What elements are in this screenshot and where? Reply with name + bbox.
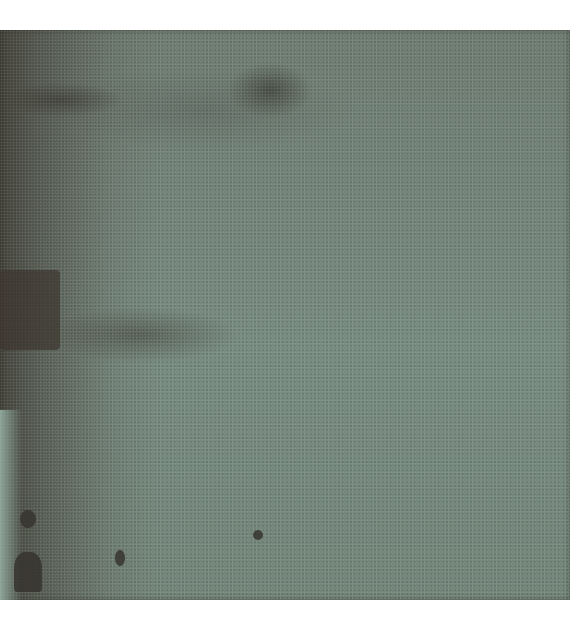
ceramic-tile (0, 30, 570, 600)
dark-spot (253, 530, 263, 540)
glaze-speckle-texture (0, 30, 570, 600)
dark-spot (14, 552, 42, 592)
dark-spot (115, 550, 125, 566)
dark-spot (20, 510, 36, 528)
dark-spot (0, 270, 60, 350)
